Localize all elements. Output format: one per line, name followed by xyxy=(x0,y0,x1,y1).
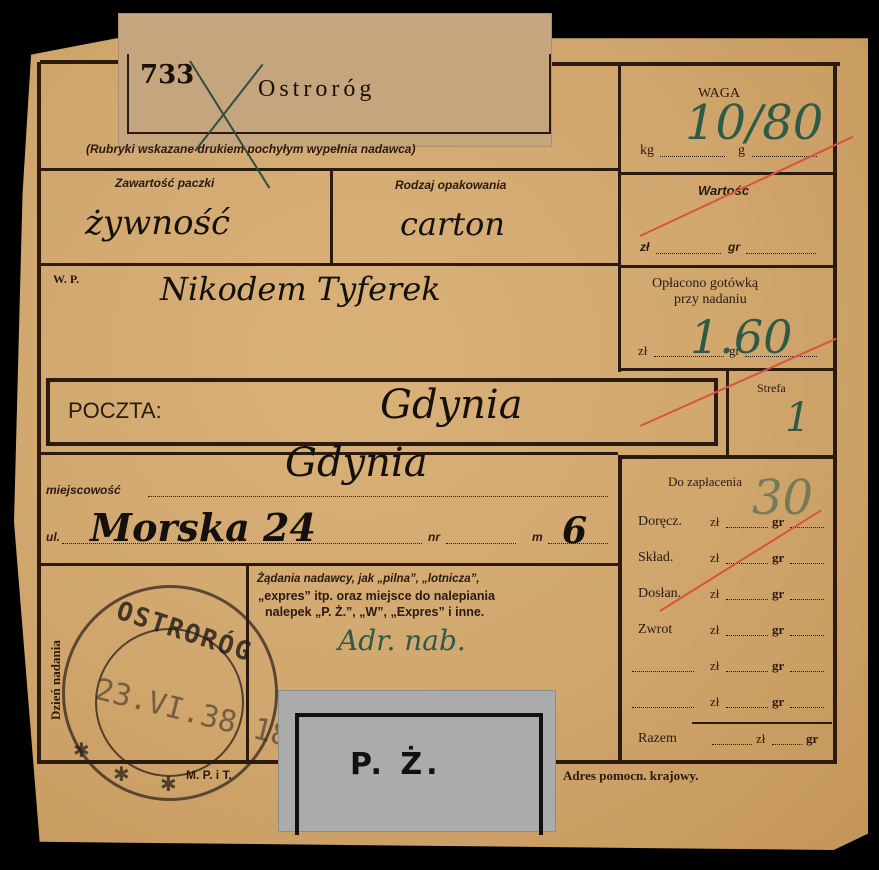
to-pay-row-gr-dotted xyxy=(790,671,824,672)
street-label: ul. xyxy=(46,530,60,544)
locality-value: Gdynia xyxy=(285,440,428,486)
to-pay-left-line xyxy=(618,455,622,760)
contents-divider xyxy=(330,170,333,264)
date-label: Dzień nadania xyxy=(48,640,64,720)
to-pay-row-zl-dotted xyxy=(726,527,768,528)
to-pay-row-gr: gr xyxy=(772,658,784,674)
to-pay-total-gr-dotted xyxy=(772,744,802,745)
to-pay-row-blank xyxy=(632,707,694,708)
to-pay-row-gr-dotted xyxy=(790,599,824,600)
to-pay-title: Do zapłacenia xyxy=(668,474,742,490)
right-row-4 xyxy=(618,455,836,459)
to-pay-row-gr: gr xyxy=(772,550,784,566)
footer-right: Adres pomocn. krajowy. xyxy=(563,768,699,784)
to-pay-row-gr: gr xyxy=(772,586,784,602)
strefa-divider xyxy=(726,370,729,458)
to-pay-row-label: Skład. xyxy=(638,550,673,566)
sender-requests-line-2: „expres” itp. oraz miejsce do nalepiania xyxy=(258,589,495,603)
to-pay-handwritten: 30 xyxy=(752,470,813,526)
origin-office-name: Ostroróg xyxy=(258,76,375,103)
frame-right-line xyxy=(833,62,837,762)
street-number-dotted xyxy=(446,543,516,544)
contents-label: Zawartość paczki xyxy=(115,176,214,190)
postmark-star-icon: ✱ xyxy=(160,772,177,796)
value-zl-label: zł xyxy=(640,240,649,254)
to-pay-row-zl: zł xyxy=(710,658,719,674)
origin-office-number: 733 xyxy=(140,60,194,90)
post-office-label: POCZTA: xyxy=(68,398,162,424)
to-pay-row-zl: zł xyxy=(710,694,719,710)
to-pay-total-gr: gr xyxy=(806,731,818,747)
street-number-label: nr xyxy=(428,530,440,544)
to-pay-row-zl-dotted xyxy=(726,635,768,636)
to-pay-row-zl: zł xyxy=(710,514,719,530)
locality-label: miejscowość xyxy=(46,483,121,497)
sender-requests-line-3: nalepek „P. Ż.”, „W”, „Expres” i inne. xyxy=(265,605,484,619)
weight-kg-label: kg xyxy=(640,143,654,159)
recipient-name: Nikodem Tyferek xyxy=(160,270,441,308)
weight-value: 10/80 xyxy=(685,95,823,151)
right-row-1 xyxy=(620,172,835,175)
to-pay-row-gr-dotted xyxy=(790,563,824,564)
street-value: Morska 24 xyxy=(90,505,316,550)
zone-value: 1 xyxy=(785,395,810,441)
paid-cash-zl-label: zł xyxy=(638,343,647,359)
to-pay-row-zl: zł xyxy=(710,550,719,566)
right-row-2 xyxy=(620,265,835,268)
zone-label: Strefa xyxy=(757,381,786,396)
to-pay-total-zl-dotted xyxy=(712,744,752,745)
weight-kg-dotted xyxy=(660,156,725,157)
apartment-label: m xyxy=(532,530,543,544)
recipient-label: W. P. xyxy=(53,272,79,287)
to-pay-row-blank xyxy=(632,671,694,672)
to-pay-row-gr: gr xyxy=(772,694,784,710)
to-pay-total-zl: zł xyxy=(756,731,765,747)
sender-requests-handwritten: Adr. nab. xyxy=(338,624,466,657)
frame-top-line-right xyxy=(550,62,840,66)
contents-value: żywność xyxy=(85,203,230,243)
row-divider-1 xyxy=(40,168,618,171)
frame-top-line xyxy=(40,60,120,64)
to-pay-row-zl-dotted xyxy=(726,707,768,708)
row-divider-2 xyxy=(40,263,618,266)
to-pay-row-zl-dotted xyxy=(726,671,768,672)
total-line xyxy=(692,722,832,724)
post-office-value: Gdynia xyxy=(380,382,523,428)
to-pay-row-zl-dotted xyxy=(726,599,768,600)
value-zl-dotted xyxy=(656,253,721,254)
packaging-value: carton xyxy=(400,205,505,243)
to-pay-row-gr-dotted xyxy=(790,707,824,708)
to-pay-total-label: Razem xyxy=(638,731,677,747)
postmark-star-icon: ✱ xyxy=(73,738,90,762)
to-pay-row-gr-dotted xyxy=(790,635,824,636)
locality-dotted-line xyxy=(148,496,608,497)
instruction-caption: (Rubryki wskazane drukiem pochyłym wypeł… xyxy=(86,142,415,156)
to-pay-row-label: Zwrot xyxy=(638,622,672,638)
sender-requests-line-1: Żądania nadawcy, jak „pilna”, „lotnicza”… xyxy=(257,573,480,585)
to-pay-row-zl: zł xyxy=(710,622,719,638)
frame-left-line xyxy=(37,62,41,762)
paid-cash-subtitle: przy nadaniu xyxy=(674,292,747,308)
to-pay-row-gr: gr xyxy=(772,622,784,638)
packaging-label: Rodzaj opakowania xyxy=(395,178,506,192)
right-column-divider xyxy=(618,62,621,372)
paid-cash-title: Opłacono gotówką xyxy=(652,276,758,292)
footer-left: M. P. i T. xyxy=(186,768,232,782)
paid-cash-value: 1.60 xyxy=(690,310,792,364)
apartment-value: 6 xyxy=(562,510,587,552)
postmark-star-icon: ✱ xyxy=(113,762,130,786)
value-gr-label: gr xyxy=(728,240,740,254)
to-pay-row-zl: zł xyxy=(710,586,719,602)
value-gr-dotted xyxy=(746,253,816,254)
row-divider-4 xyxy=(40,563,618,566)
to-pay-row-label: Doręcz. xyxy=(638,514,682,530)
priority-sticker-text: P. Ż. xyxy=(350,747,441,782)
